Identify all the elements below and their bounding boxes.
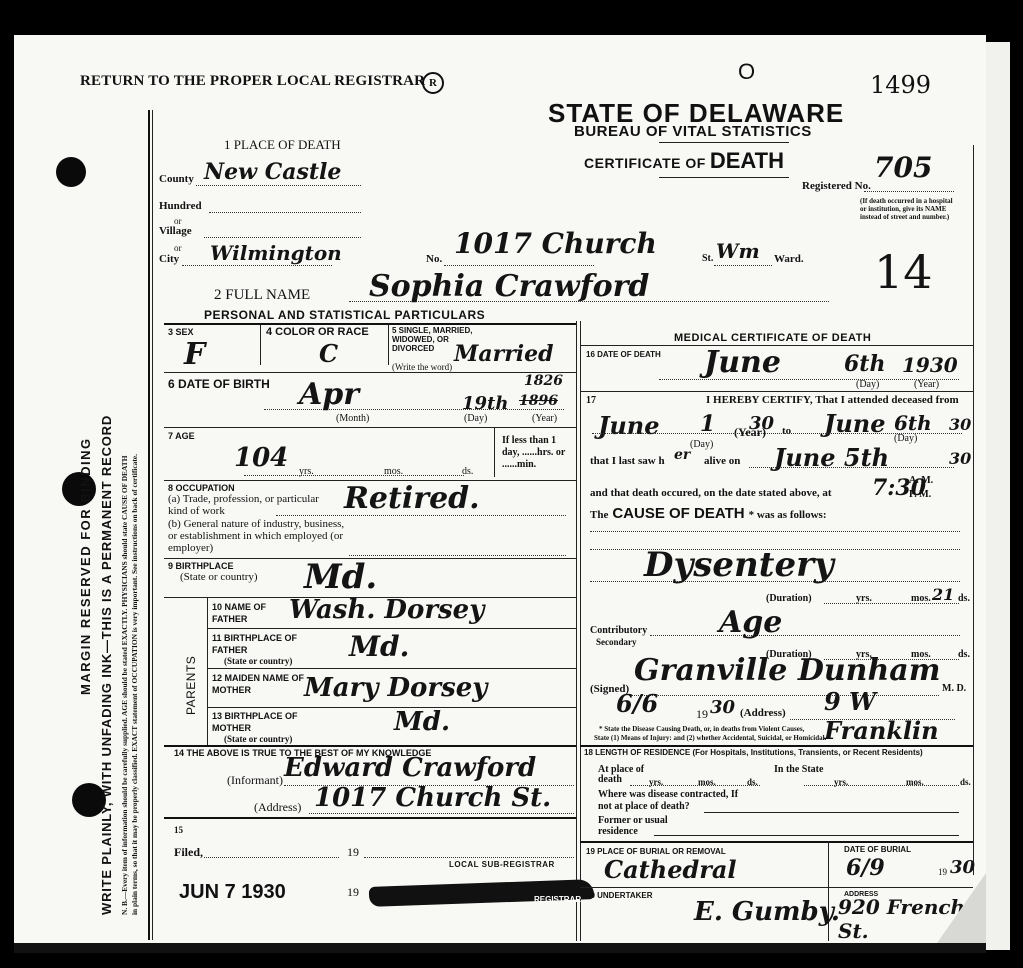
folded-corner <box>930 873 986 953</box>
informant-address-value: 1017 Church St. <box>314 783 551 813</box>
marital-value: Married <box>454 341 554 367</box>
certificate-serial: 1499 <box>870 71 931 99</box>
circle-mark: O <box>738 59 755 85</box>
nb-instructions-1: N. B.—Every item of information should b… <box>120 456 129 915</box>
signed-year: 30 <box>710 697 735 718</box>
city-value: Wilmington <box>210 241 342 265</box>
place-of-death-label: 1 PLACE OF DEATH <box>224 137 341 153</box>
personal-section-title: PERSONAL AND STATISTICAL PARTICULARS <box>204 308 485 322</box>
cause-of-death-heading: The CAUSE OF DEATH * was as follows: <box>590 505 827 523</box>
bureau-title: BUREAU OF VITAL STATISTICS <box>574 123 812 140</box>
mother-birthplace-value: Md. <box>394 707 450 737</box>
cause-of-death-value: Dysentery <box>644 545 834 585</box>
dob-day: 19th <box>462 393 508 414</box>
physician-address: 9 W Franklin <box>824 687 986 745</box>
street-value: 1017 Church <box>454 227 657 260</box>
punch-hole <box>56 157 86 187</box>
burial-place-value: Cathedral <box>604 855 737 884</box>
dob-year: 1826 <box>524 373 563 389</box>
mother-name-value: Mary Dorsey <box>304 673 487 703</box>
death-certificate: RETURN TO THE PROPER LOCAL REGISTRAR R O… <box>14 35 986 953</box>
signed-date: 6/6 <box>616 689 658 718</box>
dob-year-struck: 1896 <box>519 393 558 409</box>
last-saw-year: 30 <box>949 449 971 468</box>
occupation-value: Retired. <box>344 481 480 516</box>
age-value: 104 <box>234 443 288 473</box>
race-value: C <box>319 339 338 368</box>
nb-instructions-2: in plain terms, so that it may be proper… <box>130 454 139 915</box>
father-name-value: Wash. Dorsey <box>289 595 484 625</box>
contributory-cause-value: Age <box>719 605 782 640</box>
death-month: June <box>704 345 781 380</box>
attended-to-year: 30 <box>949 415 971 434</box>
physician-signature: Granville Dunham <box>634 653 940 688</box>
parents-label: PARENTS <box>184 656 198 715</box>
last-saw-date: June 5th <box>774 443 889 472</box>
registered-no-label: Registered No. <box>802 180 871 192</box>
attended-from-year: 30 <box>749 413 774 434</box>
death-year: 1930 <box>902 353 958 377</box>
registered-no-value: 705 <box>874 151 932 184</box>
father-birthplace-value: Md. <box>349 630 409 663</box>
sex-value: F <box>184 337 205 372</box>
return-notice: RETURN TO THE PROPER LOCAL REGISTRAR <box>80 73 425 90</box>
registrar-stamp-icon: R <box>422 72 444 94</box>
full-name-value: Sophia Crawford <box>369 269 649 304</box>
attended-to-day: 6th <box>894 411 932 435</box>
cause-duration-days: 21 <box>932 585 954 604</box>
full-name-label: 2 FULL NAME <box>214 287 310 304</box>
dob-month: Apr <box>299 377 359 412</box>
last-saw-pronoun: er <box>674 447 690 463</box>
birthplace-value: Md. <box>304 557 377 597</box>
margin-reserve-text: MARGIN RESERVED FOR BINDING <box>78 437 93 695</box>
burial-date-value: 6/9 <box>846 855 885 881</box>
hospital-note: (If death occurred in a hospital or inst… <box>860 197 960 221</box>
street-suffix: Wm <box>716 239 760 263</box>
death-day: 6th <box>844 351 885 377</box>
filed-stamp-date: JUN 7 1930 <box>179 881 286 904</box>
county-value: New Castle <box>204 159 341 185</box>
ward-value: 14 <box>874 245 933 299</box>
certificate-title: CERTIFICATE OF DEATH <box>584 148 784 174</box>
informant-value: Edward Crawford <box>284 753 536 783</box>
medical-section-title: MEDICAL CERTIFICATE OF DEATH <box>674 332 871 344</box>
write-plainly-text: WRITE PLAINLY, WITH UNFADING INK—THIS IS… <box>99 415 114 915</box>
undertaker-value: E. Gumby. <box>694 897 840 927</box>
attended-from-month: June <box>598 411 660 440</box>
residence-title: 18 LENGTH OF RESIDENCE (For Hospitals, I… <box>584 748 923 757</box>
